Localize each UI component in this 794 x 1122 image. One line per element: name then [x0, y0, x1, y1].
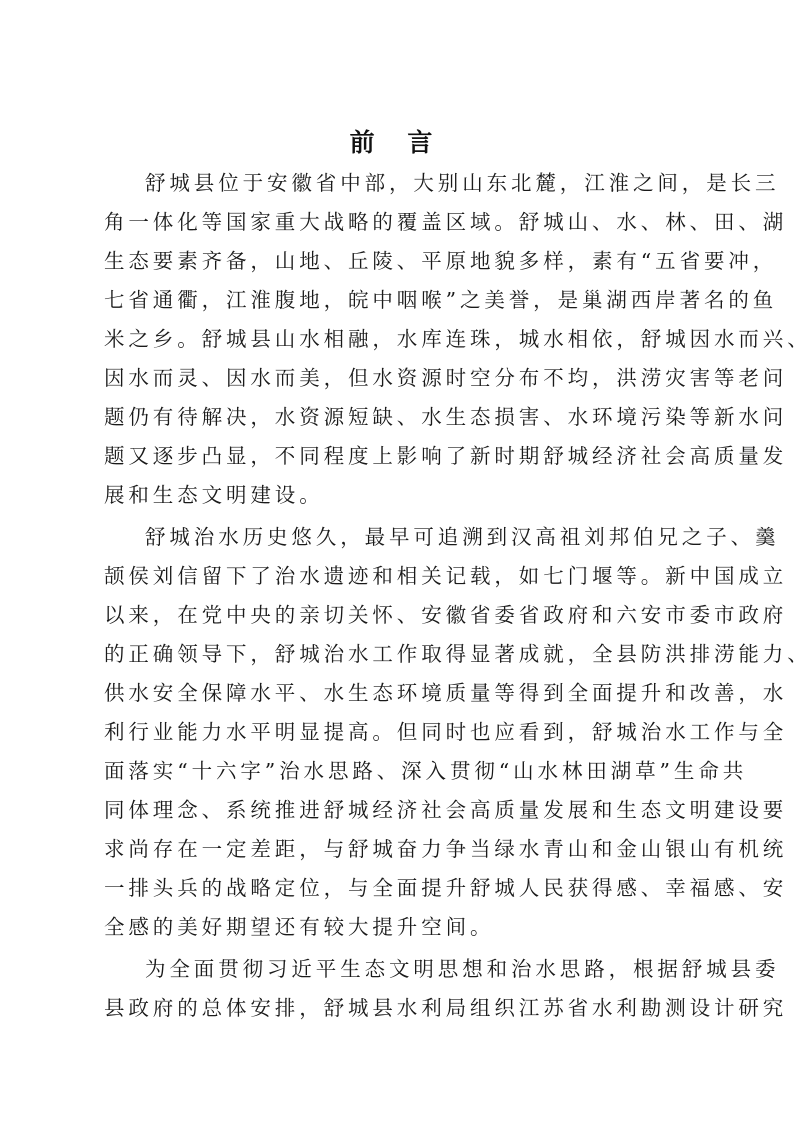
text-line: 因水而灵、因水而美，但水资源时空分布不均，洪涝灾害等老问: [104, 359, 692, 398]
text-line: 七省通衢，江淮腹地，皖中咽喉”之美誉，是巢湖西岸著名的鱼: [104, 281, 692, 320]
text-line: 题又逐步凸显，不同程度上影响了新时期舒城经济社会高质量发: [104, 437, 692, 476]
text-line: 舒城治水历史悠久，最早可追溯到汉高祖刘邦伯兄之子、羹: [104, 518, 692, 557]
page-title: 前 言: [0, 128, 794, 158]
text-line: 颉侯刘信留下了治水遗迹和相关记载，如七门堰等。新中国成立: [104, 557, 692, 596]
text-line: 舒城县位于安徽省中部，大别山东北麓，江淮之间，是长三: [104, 164, 692, 203]
document-page: 前 言 舒城县位于安徽省中部，大别山东北麓，江淮之间，是长三 角一体化等国家重大…: [0, 0, 794, 1122]
text-line: 全感的美好期望还有较大提升空间。: [104, 908, 692, 947]
text-line: 生态要素齐备，山地、丘陵、平原地貌多样，素有“五省要冲，: [104, 242, 692, 281]
paragraph-1: 舒城县位于安徽省中部，大别山东北麓，江淮之间，是长三 角一体化等国家重大战略的覆…: [104, 164, 692, 515]
text-line: 的正确领导下，舒城治水工作取得显著成就，全县防洪排涝能力、: [104, 635, 692, 674]
text-line: 利行业能力水平明显提高。但同时也应看到，舒城治水工作与全: [104, 713, 692, 752]
text-line: 以来，在党中央的亲切关怀、安徽省委省政府和六安市委市政府: [104, 596, 692, 635]
paragraph-2: 舒城治水历史悠久，最早可追溯到汉高祖刘邦伯兄之子、羹 颉侯刘信留下了治水遗迹和相…: [104, 518, 692, 947]
text-line: 为全面贯彻习近平生态文明思想和治水思路，根据舒城县委: [104, 950, 692, 989]
text-line: 县政府的总体安排，舒城县水利局组织江苏省水利勘测设计研究: [104, 989, 692, 1028]
text-line: 同体理念、系统推进舒城经济社会高质量发展和生态文明建设要: [104, 791, 692, 830]
text-line: 米之乡。舒城县山水相融，水库连珠，城水相依，舒城因水而兴、: [104, 320, 692, 359]
document-body: 舒城县位于安徽省中部，大别山东北麓，江淮之间，是长三 角一体化等国家重大战略的覆…: [104, 164, 692, 1028]
text-line: 题仍有待解决，水资源短缺、水生态损害、水环境污染等新水问: [104, 398, 692, 437]
paragraph-3: 为全面贯彻习近平生态文明思想和治水思路，根据舒城县委 县政府的总体安排，舒城县水…: [104, 950, 692, 1028]
text-line: 供水安全保障水平、水生态环境质量等得到全面提升和改善，水: [104, 674, 692, 713]
text-line: 角一体化等国家重大战略的覆盖区域。舒城山、水、林、田、湖: [104, 203, 692, 242]
text-line: 面落实“十六字”治水思路、深入贯彻“山水林田湖草”生命共: [104, 752, 692, 791]
text-line: 展和生态文明建设。: [104, 476, 692, 515]
text-line: 求尚存在一定差距，与舒城奋力争当绿水青山和金山银山有机统: [104, 830, 692, 869]
text-line: 一排头兵的战略定位，与全面提升舒城人民获得感、幸福感、安: [104, 869, 692, 908]
